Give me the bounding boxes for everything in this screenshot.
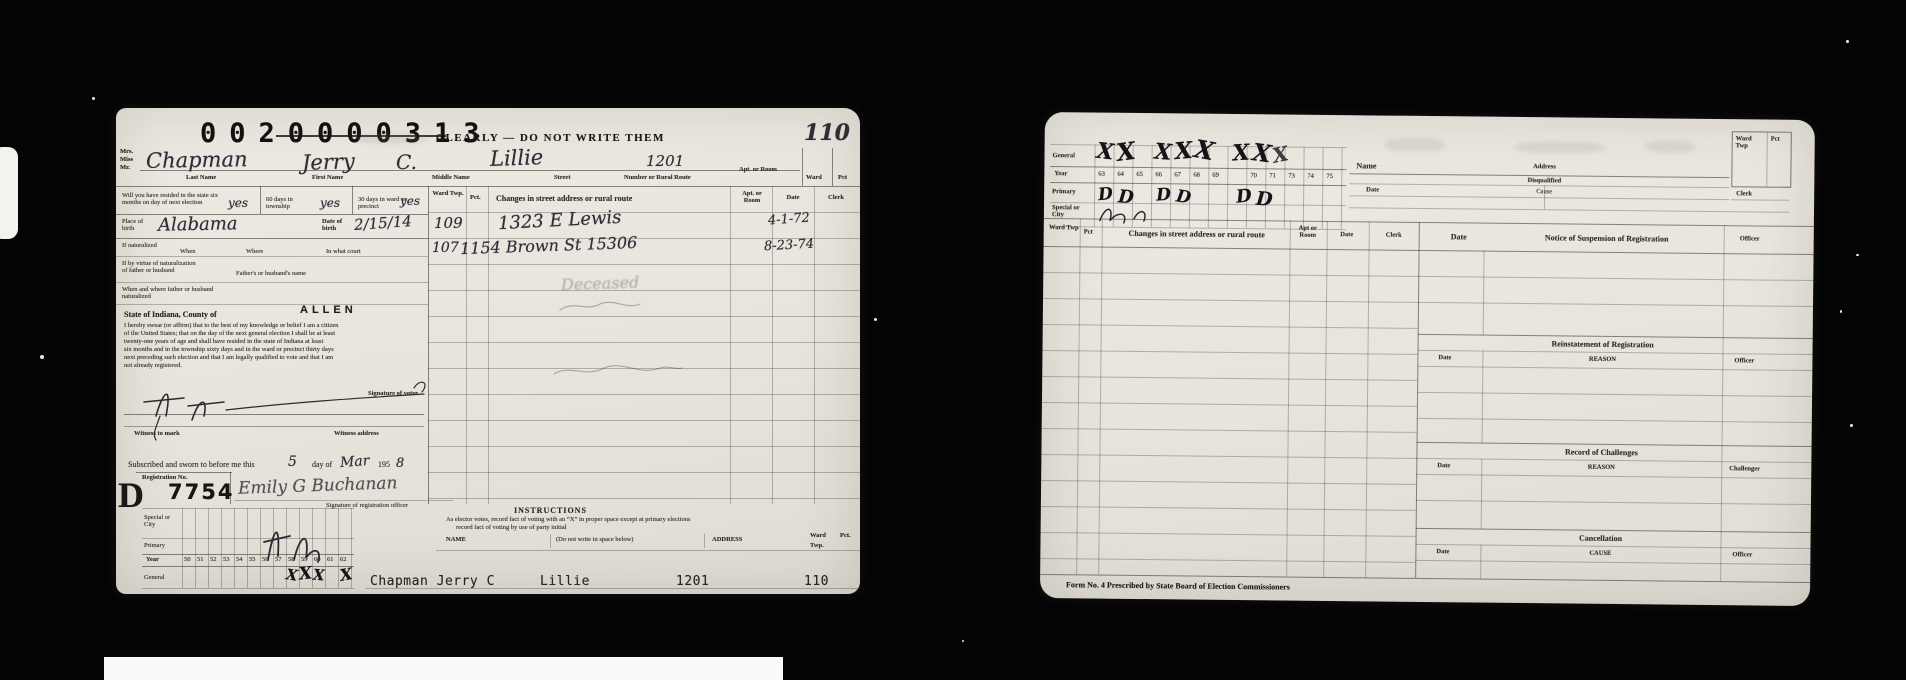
label-if-naturalized: If naturalized — [122, 242, 162, 249]
vote-x-mark: X — [1174, 137, 1194, 165]
vote-x-mark: X — [1270, 141, 1290, 168]
grid-label-primary: Primary — [1052, 188, 1076, 195]
label-apt-or-room: Apt. or Room — [738, 166, 778, 173]
col-date2: Date — [1436, 232, 1482, 241]
rule — [1731, 199, 1789, 201]
year-cell: 51 — [197, 556, 204, 563]
grid-rule — [142, 508, 354, 509]
table-row-rule — [428, 420, 860, 421]
row-rule — [1417, 418, 1812, 423]
col-pct: Pct — [1084, 228, 1093, 235]
row-rule — [1043, 298, 1418, 303]
rule — [1349, 207, 1789, 213]
label-do-not-write: (Do not write in space below) — [556, 536, 633, 543]
grid-label-general: General — [1053, 152, 1075, 159]
change-row-address: 1154 Brown St 15306 — [460, 233, 638, 258]
main-divider — [428, 186, 429, 504]
label-when-where-naturalized: When and where father or husband natural… — [122, 286, 222, 300]
cancellation-date: Date — [1436, 548, 1449, 555]
film-next-frame-strip — [104, 657, 783, 680]
cancellation-title: Cancellation — [1471, 532, 1731, 544]
primary-row-scrawl — [260, 516, 340, 566]
label-in-what-court: In what court — [326, 248, 361, 255]
label-witness-address: Witness address — [334, 430, 379, 437]
change-row-date: 8-23-74 — [764, 237, 815, 255]
grid-label-year: Year — [1054, 170, 1067, 177]
handwritten-place-of-birth: Alabama — [158, 213, 238, 235]
row-rule — [116, 238, 428, 239]
pencil-scrawl — [548, 360, 688, 382]
grid-label-special-city: Special or City — [1052, 204, 1086, 218]
registration-card-back: General Year Primary Special or City — [1040, 112, 1815, 606]
grid-col — [195, 508, 196, 588]
handwritten-ward-pct: 110 — [804, 120, 850, 146]
year-cell: 67 — [1174, 171, 1181, 178]
jurat-day: 5 — [288, 454, 297, 470]
row-rule — [1042, 428, 1417, 433]
change-row-address: 1323 E Lewis — [498, 207, 622, 234]
year-cell: 53 — [223, 556, 230, 563]
affidavit-line-6: not already registered. — [124, 362, 434, 369]
table-col — [488, 186, 489, 504]
table-col — [814, 186, 815, 504]
table-row-rule — [428, 316, 860, 317]
grid-col — [221, 508, 222, 588]
ward-pct-box: Ward Twp Pct — [1731, 131, 1792, 188]
dust-speck — [874, 318, 877, 321]
label-twp-col: Twp. — [810, 542, 824, 549]
year-cell: 73 — [1288, 173, 1295, 180]
row-rule — [1416, 500, 1811, 505]
jurat-month: Mar — [339, 453, 369, 471]
table-col — [466, 186, 467, 504]
residency-question-state: Will you have resided in the state six m… — [122, 192, 232, 206]
typed-row-underline — [366, 588, 860, 589]
affidavit-line-3: twenty-one years of age and shall have r… — [124, 338, 434, 345]
grid-col — [247, 508, 248, 588]
cancellation-cause: CAUSE — [1520, 549, 1680, 558]
residency-answer-state: yes — [228, 196, 248, 210]
hdr-tick — [550, 534, 551, 548]
changes-header-pct: Pct. — [470, 194, 481, 201]
label-date: Date — [1366, 186, 1379, 193]
label-last-name: Last Name — [186, 174, 216, 181]
vote-x-mark: X — [1154, 139, 1173, 166]
grid-rule — [142, 588, 354, 589]
row-rule — [1041, 454, 1416, 459]
microfilm-frame: 0020000313 CLEARLY — DO NOT WRITE THEM M… — [0, 0, 1906, 680]
affidavit-line-2: of the United States; that on the day of… — [124, 330, 434, 337]
col-apt: Apt or Room — [1292, 225, 1324, 239]
grid-label-year: Year — [146, 556, 159, 563]
affidavit-intro: State of Indiana, County of — [124, 310, 217, 319]
vote-x-mark: X — [1192, 134, 1216, 166]
col-officer: Officer — [1728, 235, 1772, 242]
col-clerk: Clerk — [1372, 231, 1416, 238]
label-name-column: NAME — [446, 536, 466, 543]
ghost-smudge — [1515, 141, 1605, 154]
year-cell: 75 — [1326, 173, 1333, 180]
handwritten-street: Lillie — [490, 145, 544, 171]
table-row-rule — [428, 264, 860, 265]
grid-col — [234, 508, 235, 588]
year-cell: 64 — [1117, 171, 1124, 178]
challenges-challenger: Challenger — [1729, 465, 1760, 472]
instructions-line-1: As elector votes, record fact of voting … — [446, 516, 856, 523]
dust-speck — [40, 355, 44, 359]
vote-x-mark: X — [312, 566, 325, 585]
party-initial-mark: D — [1255, 188, 1273, 211]
typed-ward-pct: 110 — [804, 574, 829, 589]
label-virtue-naturalization: If by virtue of naturalization of father… — [122, 260, 202, 274]
label-father-husband-name: Father's or husband's name — [236, 270, 306, 277]
vote-x-mark: X — [1095, 138, 1115, 166]
dust-speck — [962, 640, 964, 642]
ward-pct-divider — [832, 148, 833, 186]
vote-x-mark: X — [1251, 137, 1273, 168]
col-changes: Changes in street address or rural route — [1106, 229, 1288, 240]
col-ward-twp: Ward Twp — [1048, 224, 1080, 231]
label-pct: Pct — [1771, 136, 1780, 143]
year-cell: 68 — [1193, 172, 1200, 179]
label-where: Where — [246, 248, 263, 255]
reinstatement-officer: Officer — [1734, 357, 1754, 364]
label-pct-col: Pct. — [840, 532, 851, 539]
handwritten-number: 1201 — [646, 152, 684, 170]
ghost-smudge — [1385, 138, 1445, 153]
label-pct: Pct — [838, 174, 847, 181]
label-signature-of-voter: Signature of voter — [368, 390, 418, 397]
date-col — [1481, 459, 1483, 529]
dust-speck — [1850, 424, 1853, 427]
change-row-ward: 109 — [434, 214, 463, 232]
year-cell: 55 — [249, 556, 256, 563]
affidavit-line-1: I hereby swear (or affirm) that to the b… — [124, 322, 434, 329]
label-ward-col: Ward — [810, 532, 826, 539]
jurat-mid: day of — [312, 460, 332, 469]
row-rule — [1418, 302, 1813, 307]
grid-label-special-city: Special or City — [144, 514, 178, 528]
pencil-scrawl — [556, 296, 676, 316]
row-rule — [116, 282, 428, 283]
label-first-name: First Name — [312, 174, 343, 181]
ink-smudge — [356, 134, 426, 144]
table-row-rule — [428, 394, 860, 395]
typed-number: 1201 — [676, 574, 709, 589]
year-cell: 63 — [1098, 171, 1105, 178]
district-stamp-d: D — [118, 474, 144, 516]
table-row-rule — [428, 290, 860, 291]
grid-label-primary: Primary — [144, 542, 165, 549]
vote-x-mark: X — [1232, 140, 1251, 167]
form-footer: Form No. 4 Prescribed by State Board of … — [1066, 580, 1290, 591]
row-rule — [1417, 392, 1812, 397]
row-rule — [1042, 402, 1417, 407]
table-row-rule — [428, 342, 860, 343]
reinstatement-reason: REASON — [1522, 355, 1682, 364]
jurat-year-prefix: 195 — [378, 460, 390, 469]
grid-col — [182, 508, 183, 588]
changes-header-ward: Ward Twp. — [430, 190, 466, 197]
year-cell: 70 — [1250, 172, 1257, 179]
jurat-prefix: Subscribed and sworn to before me this — [128, 460, 255, 469]
instructions-line-2: record fact of voting by use of party in… — [456, 524, 856, 531]
year-cell: 66 — [1155, 171, 1162, 178]
officer-signature: Emily G Buchanan — [238, 473, 398, 499]
dust-speck — [92, 97, 95, 100]
box-divider — [1766, 133, 1768, 187]
grid-col — [1303, 147, 1305, 229]
row-rule — [116, 256, 428, 257]
date-col — [1482, 351, 1484, 443]
handwritten-first-name: Jerry — [302, 149, 356, 175]
label-clerk: Clerk — [1736, 190, 1752, 197]
col-date: Date — [1329, 231, 1365, 238]
col-suspension-title: Notice of Suspension of Registration — [1494, 233, 1720, 244]
row-rule — [116, 304, 428, 305]
row-rule — [1041, 506, 1416, 511]
table-row-rule — [428, 498, 860, 499]
label-address-column: ADDRESS — [712, 536, 742, 543]
residency-answer-township: yes — [320, 196, 340, 210]
registration-number: 7754 — [168, 480, 234, 504]
residency-answer-ward: yes — [400, 194, 420, 208]
film-edge-blob — [0, 147, 18, 239]
row-rule — [1043, 272, 1418, 277]
label-when: When — [180, 248, 196, 255]
instructions-title: INSTRUCTIONS — [514, 506, 587, 515]
rule — [1416, 458, 1811, 463]
residency-question-township: 60 days in township — [266, 196, 318, 210]
header-bottom-rule — [1044, 246, 1814, 255]
label-street: Street — [554, 174, 570, 181]
honorific-mr: Mr. — [120, 164, 130, 171]
rule — [1415, 560, 1810, 565]
challenges-title: Record of Challenges — [1471, 446, 1731, 458]
table-row-rule — [428, 446, 860, 447]
print-warning: CLEARLY — DO NOT WRITE THEM — [436, 132, 665, 144]
typed-row-rule — [436, 550, 860, 551]
grid-col — [1322, 147, 1324, 229]
regno-rule — [136, 472, 232, 473]
rule — [1418, 350, 1813, 355]
honorific-mrs: Mrs. — [120, 148, 133, 155]
party-initial-mark: D — [1175, 186, 1193, 208]
officer-sig-rule — [234, 500, 454, 501]
year-cell: 69 — [1212, 172, 1219, 179]
change-row-ward: 107 — [432, 240, 459, 256]
date-col — [1480, 545, 1481, 579]
rule — [1417, 366, 1812, 371]
ghost-smudge — [1645, 140, 1695, 153]
changes-header-changes: Changes in street address or rural route — [496, 194, 736, 203]
voter-signature-mark — [126, 370, 446, 430]
table-col — [730, 186, 731, 504]
honorific-miss: Miss — [120, 156, 133, 163]
registration-card-front: 0020000313 CLEARLY — DO NOT WRITE THEM M… — [116, 108, 860, 594]
grid-col — [208, 508, 209, 588]
affidavit-line-5: next preceding such election and that I … — [124, 354, 434, 361]
party-initial-mark: D — [1235, 185, 1253, 207]
vote-x-mark: X — [298, 563, 313, 584]
dust-speck — [1846, 40, 1849, 43]
label-disqualified: Disqualified — [1474, 176, 1614, 184]
year-cell: 50 — [184, 556, 191, 563]
county-stamp: ALLEN — [300, 304, 357, 316]
changes-header-clerk: Clerk — [816, 194, 856, 201]
label-ward-twp: Ward Twp — [1736, 135, 1762, 149]
grid-label-general: General — [144, 574, 165, 581]
vote-x-mark: X — [1115, 136, 1137, 167]
label-number-rural-route: Number or Rural Route — [624, 174, 691, 181]
rule — [1415, 544, 1810, 549]
tick — [1544, 185, 1545, 209]
reinstatement-title: Reinstatement of Registration — [1473, 338, 1733, 350]
year-cell: 52 — [210, 556, 217, 563]
grid-col — [1341, 147, 1343, 229]
year-cell: 71 — [1269, 172, 1276, 179]
dust-speck — [1856, 254, 1859, 256]
changes-header-date: Date — [776, 194, 810, 201]
vote-x-mark: X — [285, 565, 299, 584]
label-witness-to-mark: Witness to mark — [134, 430, 180, 437]
party-initial-mark: D — [1156, 185, 1172, 206]
rule — [1349, 195, 1729, 200]
name-rule — [140, 170, 800, 171]
witness-rule — [124, 426, 424, 427]
signature-rule — [124, 414, 424, 415]
label-place-of-birth: Place of birth — [122, 218, 156, 232]
dust-speck — [1840, 310, 1842, 313]
affidavit-line-4: six months and in the township sixty day… — [124, 346, 434, 353]
changes-header-apt: Apt. or Room — [734, 190, 770, 204]
vote-grid: General Year Primary Special or City — [1050, 130, 1347, 231]
reinstatement-date: Date — [1438, 354, 1451, 361]
cell-divider — [260, 186, 261, 214]
label-date-of-birth: Date of birth — [322, 218, 352, 232]
year-cell: 74 — [1307, 173, 1314, 180]
year-cell: 62 — [340, 556, 347, 563]
challenges-date: Date — [1437, 462, 1450, 469]
challenges-reason: REASON — [1521, 463, 1681, 472]
jurat-year-digit: 8 — [396, 456, 404, 471]
label-ward: Ward — [806, 174, 822, 181]
row-rule — [1041, 480, 1416, 485]
typed-street: Lillie — [540, 574, 590, 589]
year-cell: 65 — [1136, 171, 1143, 178]
cancellation-officer: Officer — [1732, 551, 1752, 558]
year-cell: 54 — [236, 556, 243, 563]
label-name: Name — [1356, 161, 1376, 170]
handwritten-date-of-birth: 2/15/14 — [353, 212, 412, 234]
date-col — [1483, 251, 1485, 335]
pencil-note-deceased: Deceased — [561, 273, 640, 295]
rule — [1416, 474, 1811, 479]
typed-name: Chapman Jerry C — [370, 574, 495, 589]
row-rule — [1040, 558, 1415, 563]
change-row-date: 4-1-72 — [768, 211, 811, 229]
table-col — [772, 186, 773, 504]
grid-col — [1227, 146, 1229, 228]
hdr-tick — [704, 534, 705, 548]
label-middle-name: Middle Name — [432, 174, 470, 181]
label-address: Address — [1474, 163, 1614, 171]
row-rule — [1041, 532, 1416, 537]
table-row-rule — [428, 472, 860, 473]
cell-divider — [352, 186, 353, 214]
row-rule — [1042, 376, 1417, 381]
row-rule — [1418, 276, 1813, 281]
vote-grid: Special or City Primary Year General — [142, 508, 354, 590]
row-rule — [1043, 324, 1418, 329]
row-rule — [1042, 350, 1417, 355]
ward-box-divider — [802, 148, 803, 186]
